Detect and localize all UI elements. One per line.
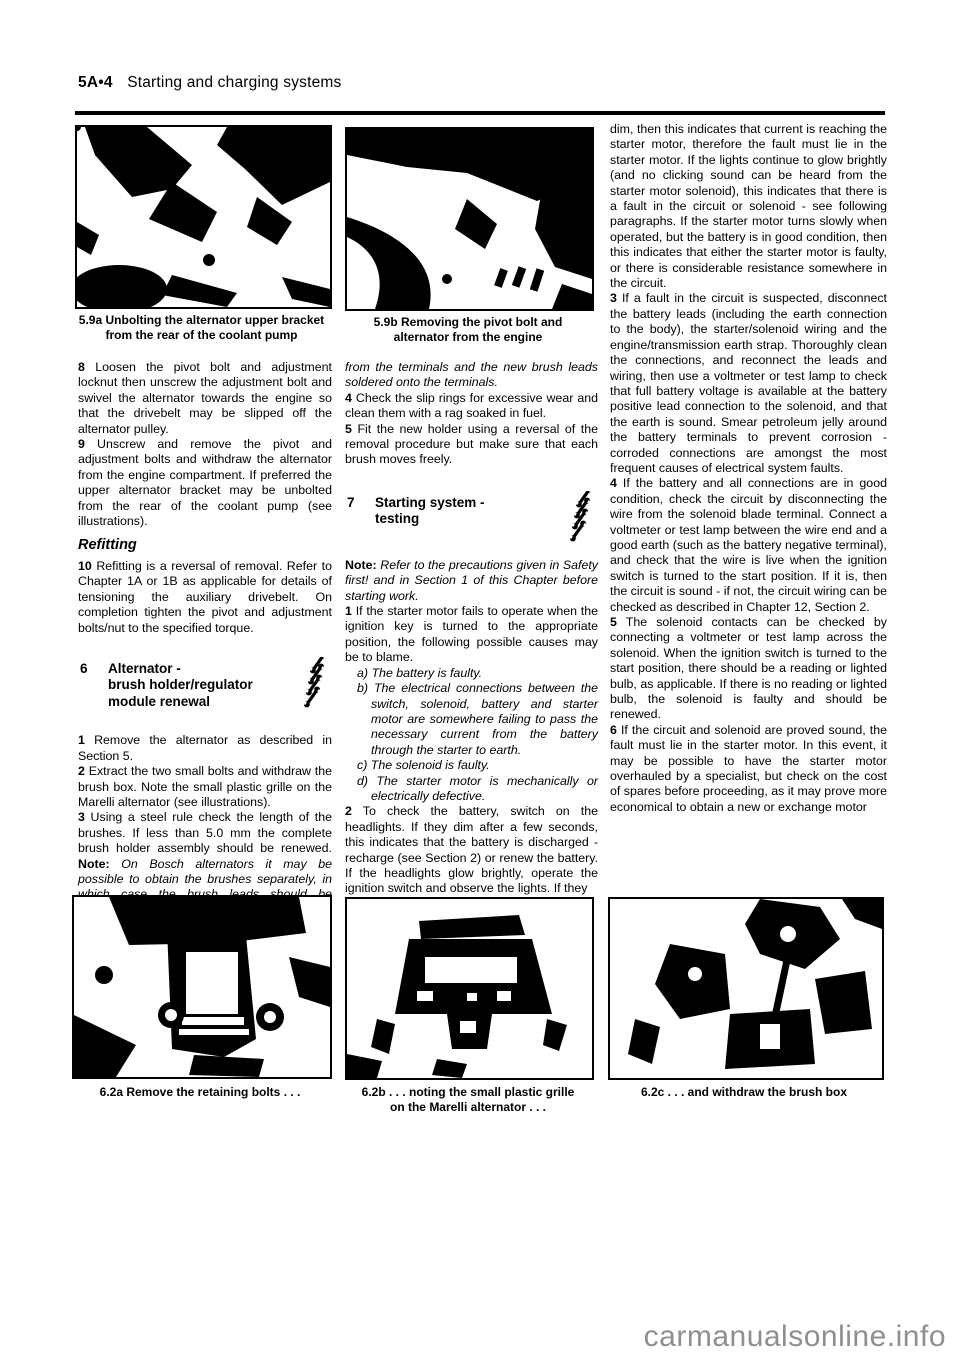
refitting-heading: Refitting (78, 538, 332, 553)
note-label: Note: (345, 558, 377, 572)
header-rule (75, 111, 885, 115)
list-item-text: The electrical connections between the s… (371, 681, 598, 757)
list-item-label: b) (357, 681, 368, 695)
step-number: 1 (345, 604, 352, 618)
step-number: 4 (345, 391, 352, 405)
text-column-3: dim, then this indicates that current is… (610, 122, 887, 815)
paragraph-8: 8 Loosen the pivot bolt and adjustment l… (78, 360, 332, 437)
photo-6-2b-image (347, 899, 592, 1078)
list-item: b) The electrical connections between th… (345, 681, 598, 758)
section-number: 6 (80, 661, 88, 678)
cause-list: a) The battery is faulty. b) The electri… (345, 666, 598, 805)
step-text: To check the battery, switch on the head… (345, 804, 598, 895)
step-text: The solenoid contacts can be checked by … (610, 615, 887, 721)
paragraph-5: 5 The solenoid contacts can be checked b… (610, 615, 887, 723)
section-title: Starting system - testing (375, 495, 485, 527)
step-number: 2 (345, 804, 352, 818)
step-text: Using a steel rule check the length of t… (78, 810, 332, 855)
caption-5-9a: 5.9a Unbolting the alternator upper brac… (75, 313, 328, 343)
list-item: c) The solenoid is faulty. (345, 758, 598, 773)
step-number: 4 (610, 476, 617, 490)
step-number: 1 (78, 733, 85, 747)
caption-5-9b: 5.9b Removing the pivot bolt and alterna… (352, 315, 584, 345)
step-number: 8 (78, 360, 85, 374)
photo-5-9a-image (77, 127, 330, 307)
paragraph-4: 4 Check the slip rings for excessive wea… (345, 391, 598, 422)
list-item-text: The starter motor is mechanically or ele… (371, 774, 598, 803)
page-header: 5A•4 Starting and charging systems (78, 74, 341, 92)
photo-6-2a-image (74, 897, 330, 1077)
photo-6-2a (72, 895, 332, 1079)
spanner-stack-icon (568, 491, 598, 543)
section-7-heading: 7 Starting system - testing (345, 495, 598, 528)
step-number: 3 (78, 810, 85, 824)
step-number: 9 (78, 437, 85, 451)
caption-6-2a: 6.2a Remove the retaining bolts . . . (72, 1085, 328, 1100)
photo-5-9b (345, 127, 594, 311)
note-text: Refer to the precautions given in Safety… (345, 558, 598, 603)
note-paragraph: Note: Refer to the precautions given in … (345, 558, 598, 604)
list-item-label: d) (357, 774, 368, 788)
step-text: If the starter motor fails to operate wh… (345, 604, 598, 664)
page-number: 5A•4 (78, 74, 113, 91)
paragraph-2: 2 To check the battery, switch on the he… (345, 804, 598, 896)
note-label: Note: (78, 857, 110, 871)
caption-6-2b: 6.2b . . . noting the small plastic gril… (356, 1085, 580, 1115)
photo-6-2c (608, 897, 884, 1080)
paragraph-2: 2 Extract the two small bolts and withdr… (78, 764, 332, 810)
text-column-2: from the terminals and the new brush lea… (345, 360, 598, 897)
step-text: Loosen the pivot bolt and adjustment loc… (78, 360, 332, 436)
step-text: Refitting is a reversal of removal. Refe… (78, 559, 332, 635)
step-text: Extract the two small bolts and withdraw… (78, 764, 332, 809)
paragraph-1: 1 If the starter motor fails to operate … (345, 604, 598, 666)
section-title: Alternator - brush holder/regulator modu… (108, 661, 253, 709)
paragraph-5: 5 Fit the new holder using a reversal of… (345, 422, 598, 468)
paragraph-9: 9 Unscrew and remove the pivot and adjus… (78, 437, 332, 529)
section-6-heading: 6 Alternator - brush holder/regulator mo… (78, 661, 332, 711)
step-number: 5 (610, 615, 617, 629)
photo-5-9b-image (347, 129, 592, 309)
list-item: d) The starter motor is mechanically or … (345, 774, 598, 805)
list-item-label: a) (357, 666, 368, 680)
continuation-paragraph: from the terminals and the new brush lea… (345, 360, 598, 391)
step-text: Fit the new holder using a reversal of t… (345, 422, 598, 467)
continuation-paragraph: dim, then this indicates that current is… (610, 122, 887, 291)
step-text: Remove the alternator as described in Se… (78, 733, 332, 762)
paragraph-4: 4 If the battery and all connections are… (610, 476, 887, 615)
list-item-text: The solenoid is faulty. (371, 758, 490, 772)
step-text: Unscrew and remove the pivot and adjustm… (78, 437, 332, 528)
photo-6-2c-image (610, 899, 882, 1078)
step-number: 3 (610, 291, 617, 305)
section-number: 7 (347, 495, 355, 512)
step-text: If the circuit and solenoid are proved s… (610, 723, 887, 814)
list-item: a) The battery is faulty. (345, 666, 598, 681)
step-number: 6 (610, 723, 617, 737)
step-number: 5 (345, 422, 352, 436)
text-column-1: 8 Loosen the pivot bolt and adjustment l… (78, 360, 332, 918)
list-item-text: The battery is faulty. (371, 666, 482, 680)
step-text: Check the slip rings for excessive wear … (345, 391, 598, 420)
spanner-stack-icon (302, 657, 332, 709)
paragraph-1: 1 Remove the alternator as described in … (78, 733, 332, 764)
photo-6-2b (345, 897, 594, 1080)
watermark: carmanualsonline.info (0, 1320, 946, 1354)
paragraph-10: 10 Refitting is a reversal of removal. R… (78, 559, 332, 636)
step-text: If the battery and all connections are i… (610, 476, 887, 613)
manual-page: 5A•4 Starting and charging systems (0, 0, 960, 1362)
paragraph-3: 3 If a fault in the circuit is suspected… (610, 291, 887, 476)
list-item-label: c) (357, 758, 367, 772)
page-title: Starting and charging systems (127, 74, 341, 91)
caption-6-2c: 6.2c . . . and withdraw the brush box (608, 1085, 880, 1100)
step-number: 10 (78, 559, 92, 573)
step-number: 2 (78, 764, 85, 778)
photo-5-9a (75, 125, 332, 309)
paragraph-6: 6 If the circuit and solenoid are proved… (610, 723, 887, 815)
step-text: If a fault in the circuit is suspected, … (610, 291, 887, 474)
